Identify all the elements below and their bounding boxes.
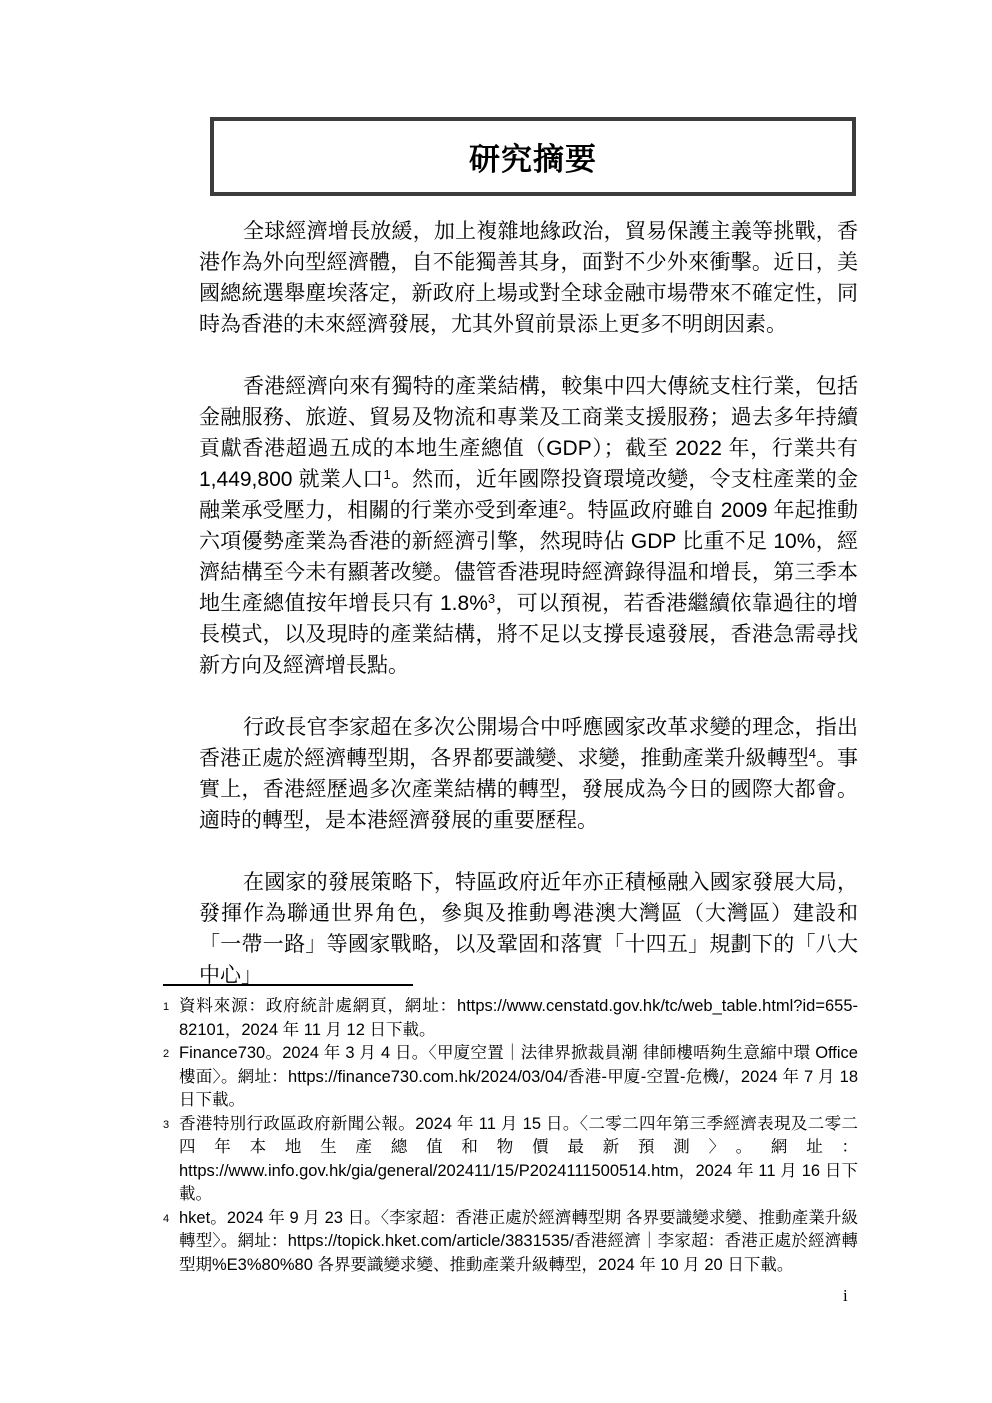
- footnote-text-1: 資料來源：政府統計處網頁，網址：https://www.censtatd.gov…: [179, 995, 858, 1042]
- page-title: 研究摘要: [469, 134, 597, 179]
- paragraph-2: 香港經濟向來有獨特的產業結構，較集中四大傳統支柱行業，包括金融服務、旅遊、貿易及…: [199, 371, 858, 681]
- footnotes-section: 1 資料來源：政府統計處網頁，網址：https://www.censtatd.g…: [163, 984, 858, 1277]
- footnote-marker-2: 2: [163, 1042, 179, 1113]
- title-box: 研究摘要: [210, 117, 856, 196]
- footnote-text-2: Finance730。2024 年 3 月 4 日。〈甲廈空置｜法律界掀裁員潮 …: [179, 1042, 858, 1113]
- footnote-text-4: hket。2024 年 9 月 23 日。〈李家超：香港正處於經濟轉型期 各界要…: [179, 1207, 858, 1278]
- footnote-marker-4: 4: [163, 1207, 179, 1278]
- footnote-ref-4: 4: [809, 746, 816, 761]
- document-page: 研究摘要 全球經濟增長放緩，加上複雜地緣政治，貿易保護主義等挑戰，香港作為外向型…: [0, 0, 992, 1403]
- paragraph-4: 在國家的發展策略下，特區政府近年亦正積極融入國家發展大局，發揮作為聯通世界角色，…: [199, 867, 858, 991]
- paragraph-text: 全球經濟增長放緩，加上複雜地緣政治，貿易保護主義等挑戰，香港作為外向型經濟體，自…: [199, 220, 858, 336]
- footnote-item-4: 4 hket。2024 年 9 月 23 日。〈李家超：香港正處於經濟轉型期 各…: [163, 1207, 858, 1278]
- paragraph-1: 全球經濟增長放緩，加上複雜地緣政治，貿易保護主義等挑戰，香港作為外向型經濟體，自…: [199, 216, 858, 340]
- document-body: 全球經濟增長放緩，加上複雜地緣政治，貿易保護主義等挑戰，香港作為外向型經濟體，自…: [199, 216, 858, 991]
- page-number: i: [843, 1286, 848, 1306]
- paragraph-text: 在國家的發展策略下，特區政府近年亦正積極融入國家發展大局，發揮作為聯通世界角色，…: [199, 871, 858, 987]
- footnote-marker-3: 3: [163, 1113, 179, 1207]
- footnote-text-3: 香港特別行政區政府新聞公報。2024 年 11 月 15 日。〈二零二四年第三季…: [179, 1113, 858, 1207]
- footnote-item-2: 2 Finance730。2024 年 3 月 4 日。〈甲廈空置｜法律界掀裁員…: [163, 1042, 858, 1113]
- paragraph-3: 行政長官李家超在多次公開場合中呼應國家改革求變的理念，指出香港正處於經濟轉型期，…: [199, 712, 858, 836]
- footnote-ref-1: 1: [383, 467, 390, 482]
- footnote-item-1: 1 資料來源：政府統計處網頁，網址：https://www.censtatd.g…: [163, 995, 858, 1042]
- footnote-marker-1: 1: [163, 995, 179, 1042]
- footnote-separator: [163, 984, 413, 986]
- footnote-item-3: 3 香港特別行政區政府新聞公報。2024 年 11 月 15 日。〈二零二四年第…: [163, 1113, 858, 1207]
- paragraph-text: 行政長官李家超在多次公開場合中呼應國家改革求變的理念，指出香港正處於經濟轉型期，…: [199, 716, 858, 770]
